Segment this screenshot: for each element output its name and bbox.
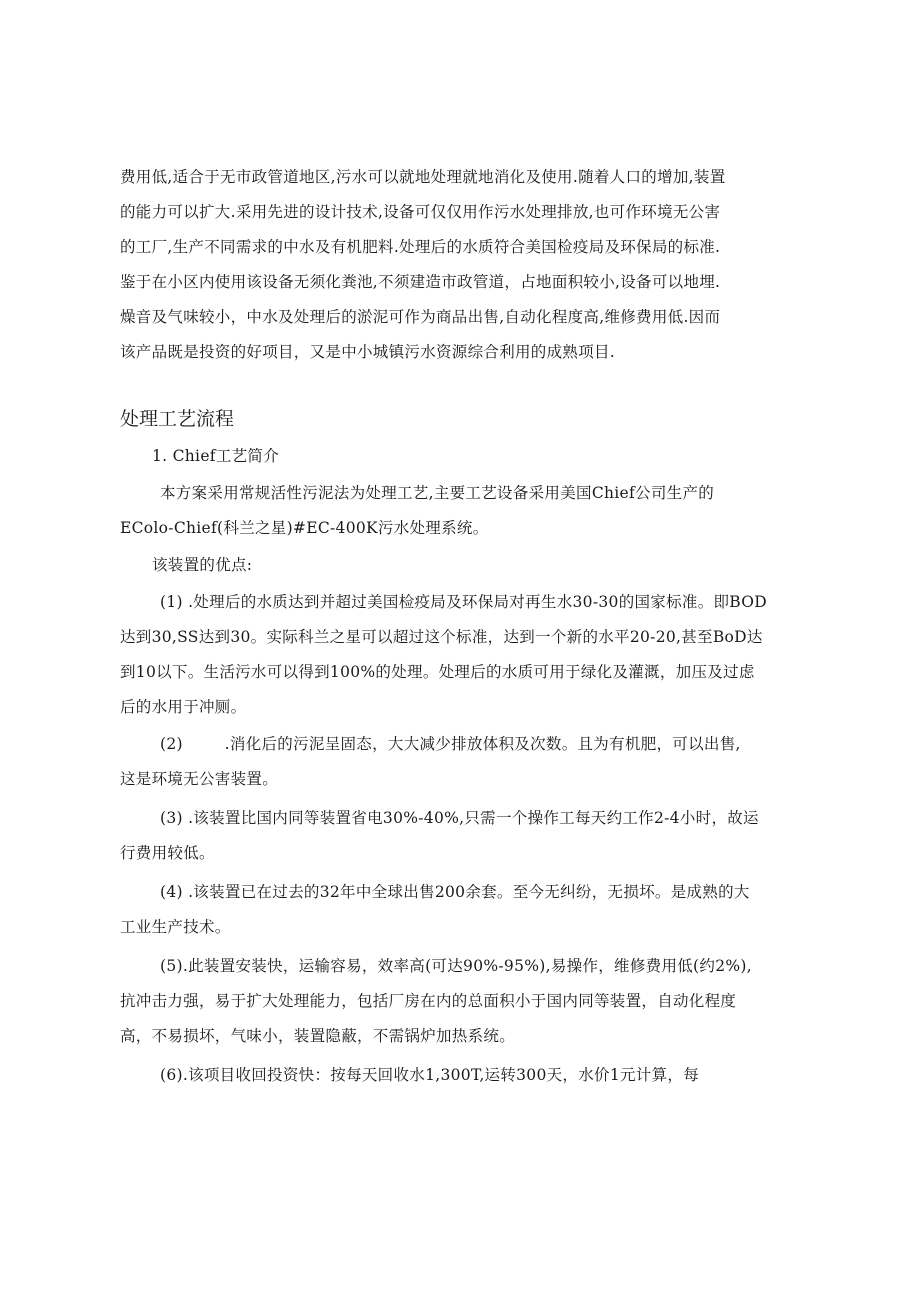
subsection-heading: 1. Chief工艺简介 (152, 444, 279, 466)
text-line: 后的水用于冲厕。 (120, 695, 246, 717)
text-line: 工业生产技术。 (120, 915, 231, 937)
text-line: (4) .该装置已在过去的32年中全球出售200余套。至今无纠纷，无损坏。是成熟… (160, 880, 750, 902)
text-line: (3) .该装置比国内同等装置省电30%-40%,只需一个操作工每天约工作2-4… (160, 806, 759, 828)
text-line: 抗冲击力强，易于扩大处理能力，包括厂房在内的总面积小于国内同等装置，自动化程度 (120, 989, 736, 1011)
text-line: 费用低,适合于无市政管道地区,污水可以就地处理就地消化及使用.随着人口的增加,装… (120, 165, 726, 187)
text-line: 高，不易损坏，气味小，装置隐蔽，不需锅炉加热系统。 (120, 1024, 515, 1046)
text-line: 行费用较低。 (120, 841, 215, 863)
text-line: 的能力可以扩大.采用先进的设计技术,设备可仅仅用作污水处理排放,也可作环境无公害 (120, 200, 720, 222)
text-line: 本方案采用常规活性污泥法为处理工艺,主要工艺设备采用美国Chief公司生产的 (160, 481, 714, 503)
text-line: 达到30,SS达到30。实际科兰之星可以超过这个标准，达到一个新的水平20-20… (120, 625, 763, 647)
text-line: (1) .处理后的水质达到并超过美国检疫局及环保局对再生水30-30的国家标准。… (160, 590, 767, 612)
advantages-label: 该装置的优点: (152, 553, 252, 575)
text-line: (2) .消化后的污泥呈固态，大大减少排放体积及次数。且为有机肥，可以出售, (160, 732, 741, 754)
text-line: 这是环境无公害装置。 (120, 767, 278, 789)
text-line: 到10以下。生活污水可以得到100%的处理。处理后的水质可用于绿化及灌溉，加压及… (120, 660, 755, 682)
text-line: (6).该项目收回投资快：按每天回收水1,300T,运转300天，水价1元计算，… (160, 1063, 699, 1085)
text-line: 鉴于在小区内使用该设备无须化粪池,不须建造市政管道，占地面积较小,设备可以地埋. (120, 270, 720, 292)
text-line: (5).此装置安装快，运输容易，效率高(可达90%-95%),易操作，维修费用低… (160, 954, 752, 976)
text-line: 的工厂,生产不同需求的中水及有机肥料.处理后的水质符合美国检疫局及环保局的标准. (120, 235, 720, 257)
text-line: 该产品既是投资的好项目，又是中小城镇污水资源综合利用的成熟项目. (120, 340, 615, 362)
section-heading: 处理工艺流程 (120, 404, 234, 431)
text-line: 燥音及气味较小，中水及处理后的淤泥可作为商品出售,自动化程度高,维修费用低.因而 (120, 305, 720, 327)
text-line: EColo-Chief(科兰之星)#EC-400K污水处理系统。 (120, 516, 489, 538)
